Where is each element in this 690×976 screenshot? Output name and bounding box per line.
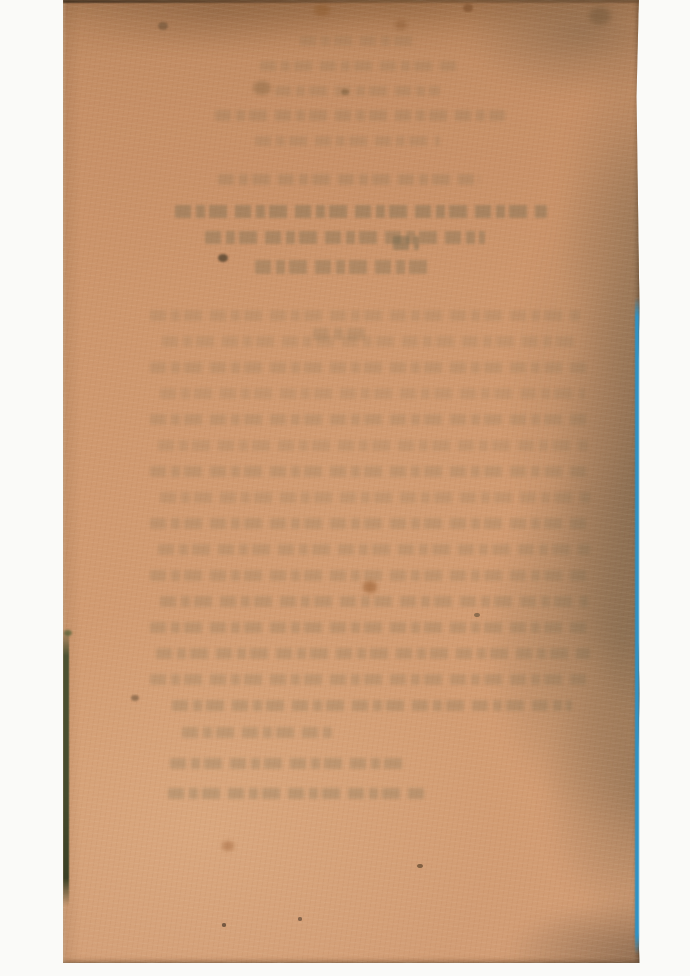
showthrough-text-line (255, 136, 440, 146)
scan-background (0, 0, 690, 976)
showthrough-text-line (150, 622, 590, 633)
showthrough-text-line (150, 570, 590, 581)
scanner-bed-cyan-edge (635, 297, 639, 955)
foxing-spot (341, 89, 349, 95)
foxing-spot (474, 613, 480, 618)
foxing-spot (314, 4, 330, 17)
showthrough-text-line (218, 174, 480, 185)
showthrough-text-line (255, 260, 430, 274)
showthrough-text-line (160, 388, 585, 399)
showthrough-text-line (182, 727, 332, 738)
foxing-spot (463, 4, 473, 12)
showthrough-text-line (150, 414, 588, 425)
page-top-edge-line (63, 0, 640, 3)
showthrough-text-line (156, 648, 590, 659)
showthrough-text-line (175, 205, 547, 218)
showthrough-text-line (275, 86, 440, 96)
foxing-spot (158, 22, 168, 30)
showthrough-text-line (158, 440, 588, 451)
showthrough-text-line (160, 492, 590, 503)
showthrough-text-line (150, 674, 588, 685)
book-page (63, 0, 640, 963)
showthrough-text-line (172, 700, 572, 711)
foxing-spot (218, 254, 228, 262)
paper-texture (63, 0, 640, 963)
showthrough-text-line (215, 110, 505, 121)
foxing-spot (417, 864, 423, 869)
showthrough-text-line (300, 36, 420, 46)
foxing-spot (298, 917, 302, 920)
gutter-dark-edge (63, 628, 69, 906)
showthrough-text-line (260, 61, 460, 71)
foxing-spot (222, 841, 234, 851)
foxing-spot (395, 20, 407, 30)
showthrough-text-line (313, 328, 368, 340)
foxing-spot (222, 923, 226, 926)
showthrough-text-line (162, 336, 582, 347)
showthrough-text-line (160, 596, 588, 607)
ink-showthrough-text (63, 0, 640, 963)
showthrough-text-line (170, 758, 410, 769)
damp-stain-overlay (63, 0, 640, 963)
showthrough-text-line (158, 544, 590, 555)
showthrough-text-line (205, 231, 485, 244)
showthrough-text-line (168, 788, 424, 799)
foxing-spot (589, 7, 611, 25)
showthrough-text-line (150, 310, 580, 321)
showthrough-text-line (393, 236, 419, 250)
showthrough-text-line (150, 466, 590, 477)
foxing-spot (363, 581, 377, 592)
foxing-spot (253, 81, 271, 95)
showthrough-text-line (150, 362, 586, 373)
showthrough-text-line (150, 518, 588, 529)
foxing-spot (131, 695, 139, 701)
